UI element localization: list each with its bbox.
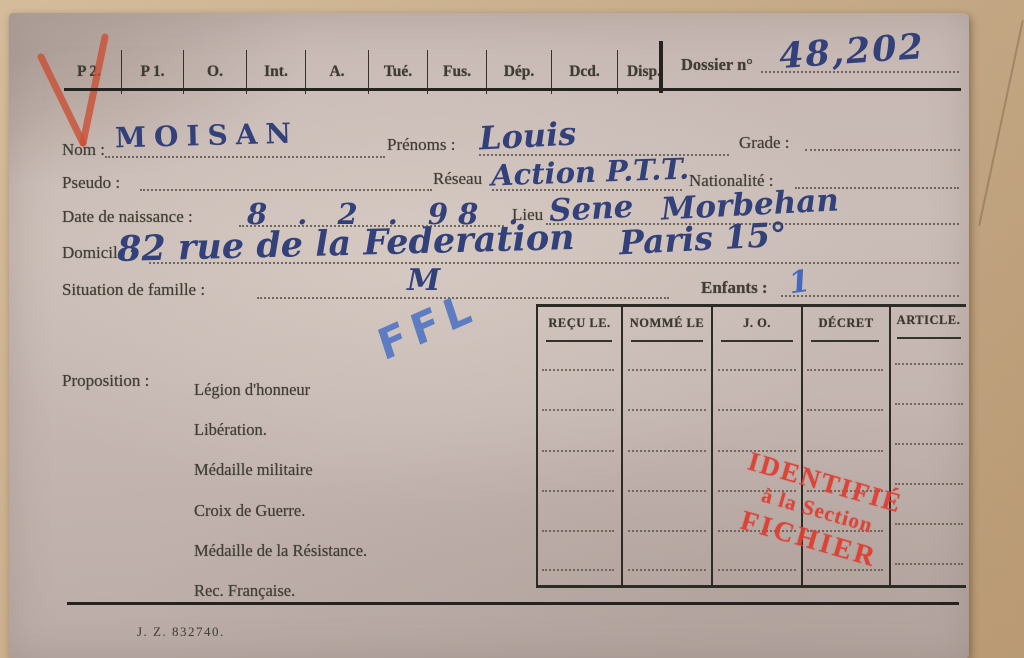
situation-label: Situation de famille : xyxy=(62,280,205,300)
table-header-jo: J. O. xyxy=(713,316,801,331)
table-bottom-border xyxy=(536,585,966,588)
pseudo-dotted-line xyxy=(140,189,432,191)
index-card: P 2. P 1. O. Int. A. Tué. Fus. Dép. Dcd.… xyxy=(9,13,969,658)
domicile-value-2-handwritten: Paris 15° xyxy=(618,215,788,263)
header-thick-divider xyxy=(659,41,663,93)
status-box-label: O. xyxy=(207,63,223,81)
nom-label: Nom : xyxy=(62,140,105,160)
status-box-label: Fus. xyxy=(443,63,471,81)
background-scratch xyxy=(978,20,1023,226)
table-col-divider xyxy=(621,304,623,587)
header-rule xyxy=(64,88,961,91)
identification-stamp: IDENTIFIÉ à la Section FICHIER xyxy=(689,434,945,589)
status-box-label: Tué. xyxy=(384,63,412,81)
status-box-label: A. xyxy=(329,63,344,81)
table-header-decret: DÉCRET xyxy=(803,316,889,331)
status-box-label: Int. xyxy=(264,63,288,81)
status-box-label: P 1. xyxy=(140,63,164,81)
award-list: Légion d'honneur Libération. Médaille mi… xyxy=(194,380,367,621)
grade-label: Grade : xyxy=(739,133,790,153)
dossier-label: Dossier n° xyxy=(681,55,753,75)
proposition-label: Proposition : xyxy=(62,371,149,391)
prenoms-value-handwritten: Louis xyxy=(478,114,577,157)
table-header-underline xyxy=(631,340,703,342)
bottom-rule xyxy=(67,602,959,605)
award-item: Libération. xyxy=(194,420,367,460)
print-reference: J. Z. 832740. xyxy=(137,624,225,640)
enfants-label: Enfants : xyxy=(701,278,768,298)
grade-dotted-line xyxy=(805,149,960,151)
status-box-label: Dép. xyxy=(504,63,535,81)
nom-dotted-line xyxy=(105,156,385,158)
table-header-underline xyxy=(897,337,961,339)
status-box-label: Disp. xyxy=(627,63,661,81)
table-header-underline xyxy=(546,340,612,342)
table-left-border xyxy=(536,304,538,587)
naissance-label: Date de naissance : xyxy=(62,207,193,227)
award-item: Médaille de la Résistance. xyxy=(194,541,367,581)
table-header-article: ARTICLE. xyxy=(891,313,966,328)
dossier-number-handwritten: 48,202 xyxy=(778,26,926,77)
table-header-recu-le: REÇU LE. xyxy=(538,316,621,331)
award-item: Médaille militaire xyxy=(194,460,367,500)
red-check-mark xyxy=(31,31,121,156)
table-header-nomme-le: NOMMÉ LE xyxy=(623,316,711,331)
reseau-value-handwritten: Action P.T.T. xyxy=(490,152,689,193)
situation-value-handwritten: M xyxy=(407,263,440,298)
award-item: Légion d'honneur xyxy=(194,380,367,420)
reseau-label: Réseau xyxy=(433,169,482,189)
table-header-underline xyxy=(721,340,793,342)
pseudo-label: Pseudo : xyxy=(62,173,120,193)
scanned-index-card-photo: P 2. P 1. O. Int. A. Tué. Fus. Dép. Dcd.… xyxy=(0,0,1024,658)
status-box-label: Dcd. xyxy=(569,63,600,81)
table-top-border xyxy=(536,304,966,307)
enfants-value-handwritten: 1 xyxy=(787,264,813,302)
award-item: Croix de Guerre. xyxy=(194,501,367,541)
table-header-underline xyxy=(811,340,879,342)
nom-value-handwritten: MOISAN xyxy=(115,117,300,155)
prenoms-label: Prénoms : xyxy=(387,135,455,155)
